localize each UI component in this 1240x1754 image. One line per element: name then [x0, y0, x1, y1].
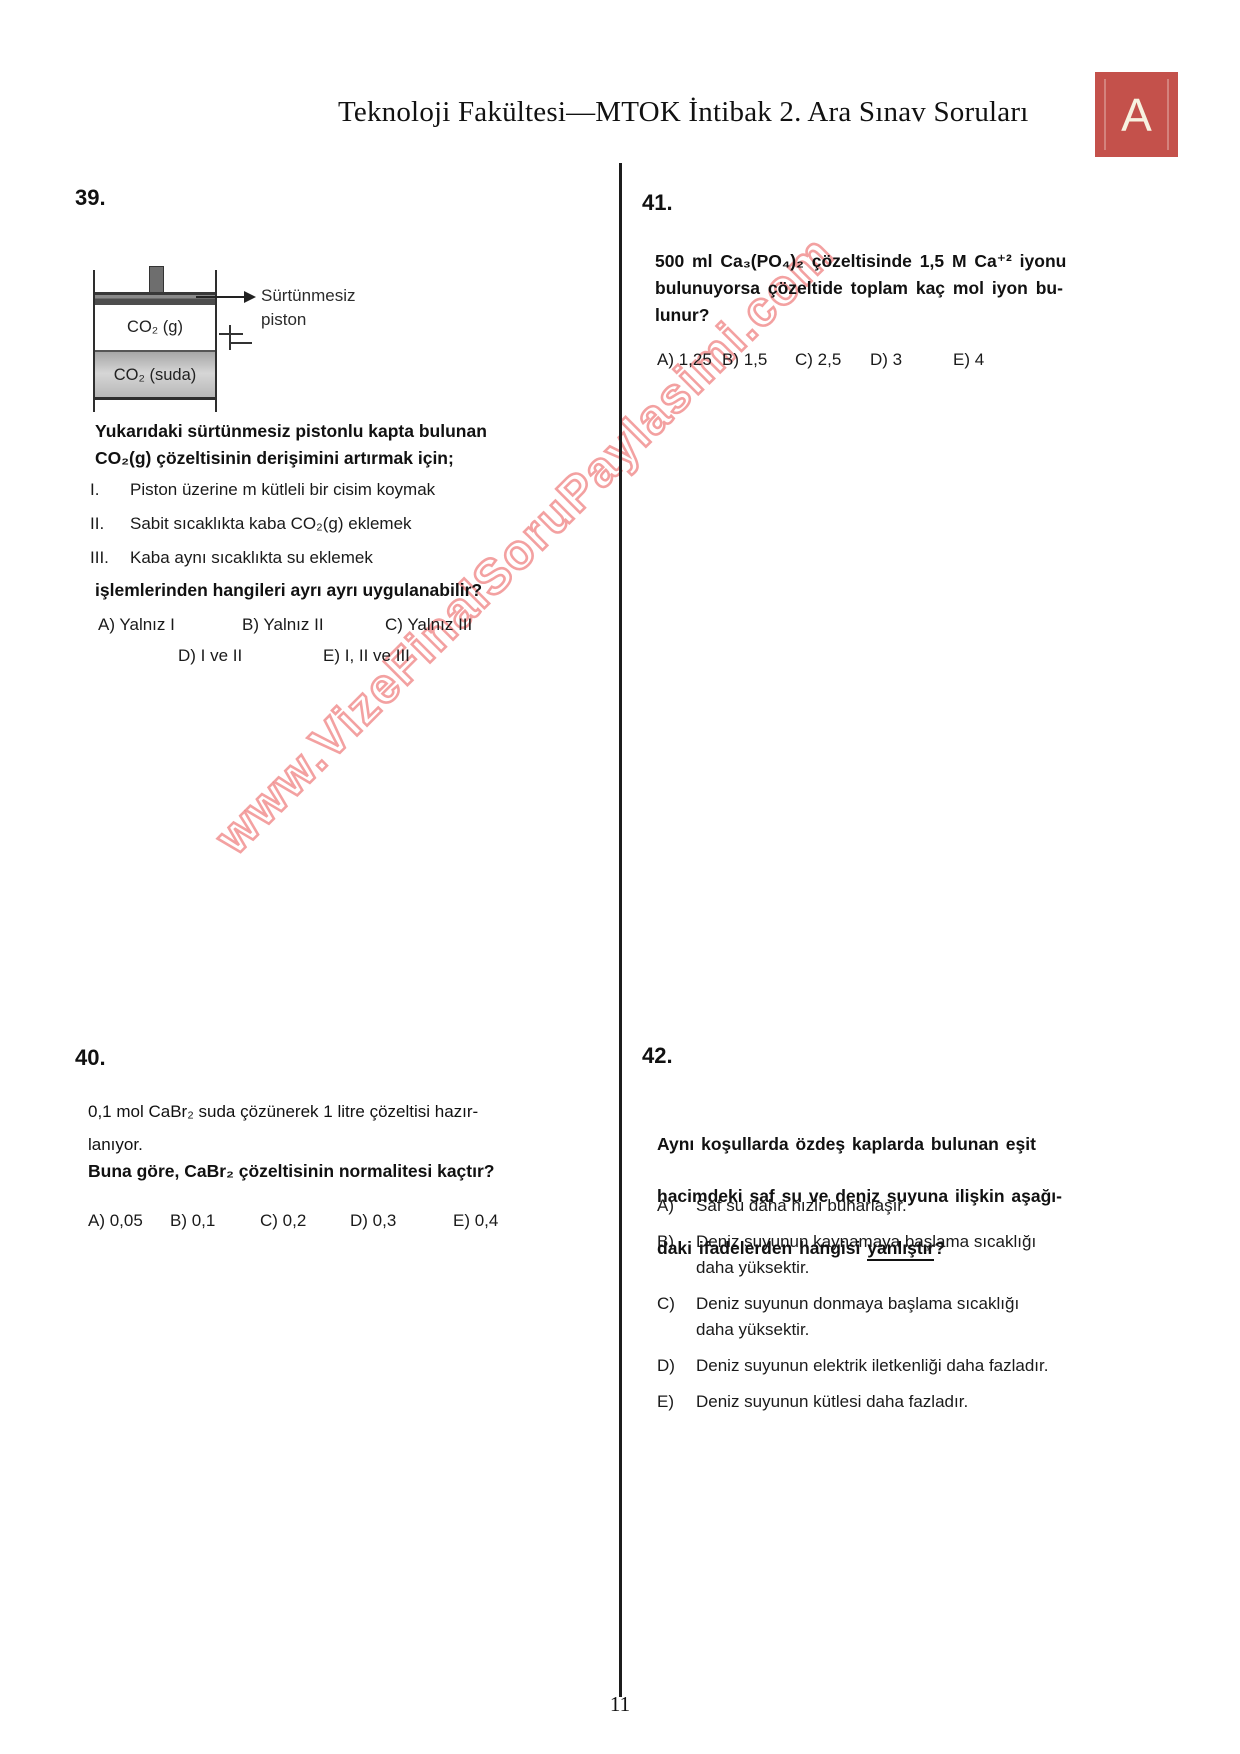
option-a: A) 1,25: [657, 350, 712, 370]
option-a: A) 0,05: [88, 1211, 143, 1231]
option-d: D) 0,3: [350, 1211, 396, 1231]
option-letter: D): [657, 1353, 696, 1379]
piston-knob: [149, 266, 164, 295]
piston-callout-label: Sürtünmesiz piston: [261, 284, 355, 332]
column-divider: [619, 163, 622, 1697]
gas-region: CO₂ (g): [95, 305, 215, 350]
q39-question-line: işlemlerinden hangileri ayrı ayrı uygula…: [95, 580, 482, 601]
option-text: Saf su daha hızlı buharlaşır.: [696, 1193, 907, 1219]
option-b: B) 0,1: [170, 1211, 215, 1231]
option-letter: C): [657, 1291, 696, 1343]
q40-question-line: Buna göre, CaBr₂ çözeltisinin normalites…: [88, 1161, 494, 1182]
piston-pointer-arrow-icon: [244, 291, 256, 303]
q41-stem: 500 ml Ca₃(PO₄)₂ çözeltisinde 1,5 M Ca⁺²…: [655, 248, 1085, 329]
item-marker: III.: [90, 548, 130, 568]
option-e: E) Deniz suyunun kütlesi daha fazladır.: [657, 1389, 1097, 1415]
option-e: E) 0,4: [453, 1211, 498, 1231]
question-41: 41. 500 ml Ca₃(PO₄)₂ çözeltisinde 1,5 M …: [642, 190, 1102, 410]
option-text: Deniz suyunun donmaya başlama sıcaklığı …: [696, 1291, 1019, 1343]
option-text: Deniz suyunun kaynamaya başlama sıcaklığ…: [696, 1229, 1036, 1281]
q40-stem: 0,1 mol CaBr₂ suda çözünerek 1 litre çöz…: [88, 1095, 558, 1161]
page-number: 11: [585, 1692, 655, 1717]
vessel-right-wall: [215, 270, 217, 412]
option-c: C) Deniz suyunun donmaya başlama sıcaklı…: [657, 1291, 1097, 1343]
option-text: Deniz suyunun kütlesi daha fazladır.: [696, 1389, 968, 1415]
liquid-label: CO₂ (suda): [114, 366, 197, 385]
booklet-letter: A: [1121, 92, 1152, 138]
option-c: C) 0,2: [260, 1211, 306, 1231]
option-letter: B): [657, 1229, 696, 1281]
option-e: E) I, II ve III: [323, 646, 410, 666]
gas-label: CO₂ (g): [127, 318, 183, 337]
question-39: 39. CO₂ (g) CO₂ (suda) Sürtünmesiz pisto…: [75, 185, 575, 685]
option-d: D) 3: [870, 350, 902, 370]
option-b: B) 1,5: [722, 350, 767, 370]
q39-options-row2: D) I ve II E) I, II ve III: [75, 646, 555, 670]
item-text: Sabit sıcaklıkta kaba CO₂(g) eklemek: [130, 514, 412, 534]
question-41-number: 41.: [642, 190, 673, 216]
q39-piston-diagram: CO₂ (g) CO₂ (suda) Sürtünmesiz piston: [93, 262, 433, 412]
option-c: C) Yalnız III: [385, 615, 472, 635]
level-marker-tick-top: [219, 333, 243, 335]
item-text: Kaba aynı sıcaklıkta su eklemek: [130, 548, 373, 568]
option-e: E) 4: [953, 350, 984, 370]
q39-stem: Yukarıdaki sürtünmesiz pistonlu kapta bu…: [95, 418, 565, 472]
level-marker: [229, 325, 231, 350]
q42-options-list: A) Saf su daha hızlı buharlaşır. B) Deni…: [657, 1193, 1097, 1425]
exam-page: www.VizeFinalSoruPaylasimi.com Teknoloji…: [0, 0, 1240, 1754]
option-letter: A): [657, 1193, 696, 1219]
level-marker-tick-bottom: [229, 342, 252, 344]
list-item: II. Sabit sıcaklıkta kaba CO₂(g) eklemek: [90, 514, 560, 534]
vessel-bottom: [93, 397, 217, 400]
q39-roman-items: I. Piston üzerine m kütleli bir cisim ko…: [90, 480, 560, 582]
item-text: Piston üzerine m kütleli bir cisim koyma…: [130, 480, 435, 500]
liquid-region: CO₂ (suda): [95, 350, 215, 399]
option-d: D) I ve II: [178, 646, 242, 666]
q39-options-row1: A) Yalnız I B) Yalnız II C) Yalnız III: [75, 615, 555, 639]
list-item: III. Kaba aynı sıcaklıkta su eklemek: [90, 548, 560, 568]
option-b: B) Yalnız II: [242, 615, 324, 635]
piston-pointer-line: [196, 296, 244, 298]
question-40: 40. 0,1 mol CaBr₂ suda çözünerek 1 litre…: [75, 1045, 575, 1265]
list-item: I. Piston üzerine m kütleli bir cisim ko…: [90, 480, 560, 500]
option-b: B) Deniz suyunun kaynamaya başlama sıcak…: [657, 1229, 1097, 1281]
option-d: D) Deniz suyunun elektrik iletkenliği da…: [657, 1353, 1097, 1379]
piston-bar: [95, 292, 215, 305]
item-marker: II.: [90, 514, 130, 534]
option-text: Deniz suyunun elektrik iletkenliği daha …: [696, 1353, 1048, 1379]
question-39-number: 39.: [75, 185, 106, 211]
q41-options-row: A) 1,25 B) 1,5 C) 2,5 D) 3 E) 4: [642, 350, 1092, 374]
option-a: A) Yalnız I: [98, 615, 175, 635]
q40-options-row: A) 0,05 B) 0,1 C) 0,2 D) 0,3 E) 0,4: [75, 1211, 555, 1235]
page-title: Teknoloji Fakültesi—MTOK İntibak 2. Ara …: [338, 96, 1028, 129]
question-40-number: 40.: [75, 1045, 106, 1071]
option-letter: E): [657, 1389, 696, 1415]
option-a: A) Saf su daha hızlı buharlaşır.: [657, 1193, 1097, 1219]
option-c: C) 2,5: [795, 350, 841, 370]
question-42-number: 42.: [642, 1043, 673, 1069]
item-marker: I.: [90, 480, 130, 500]
booklet-badge: A: [1095, 72, 1178, 157]
question-42: 42. Aynı koşullarda özdeş kaplarda bulun…: [642, 1043, 1112, 1463]
q42-stem-line1: Aynı koşullarda özdeş kaplarda bulunan e…: [657, 1134, 1036, 1154]
